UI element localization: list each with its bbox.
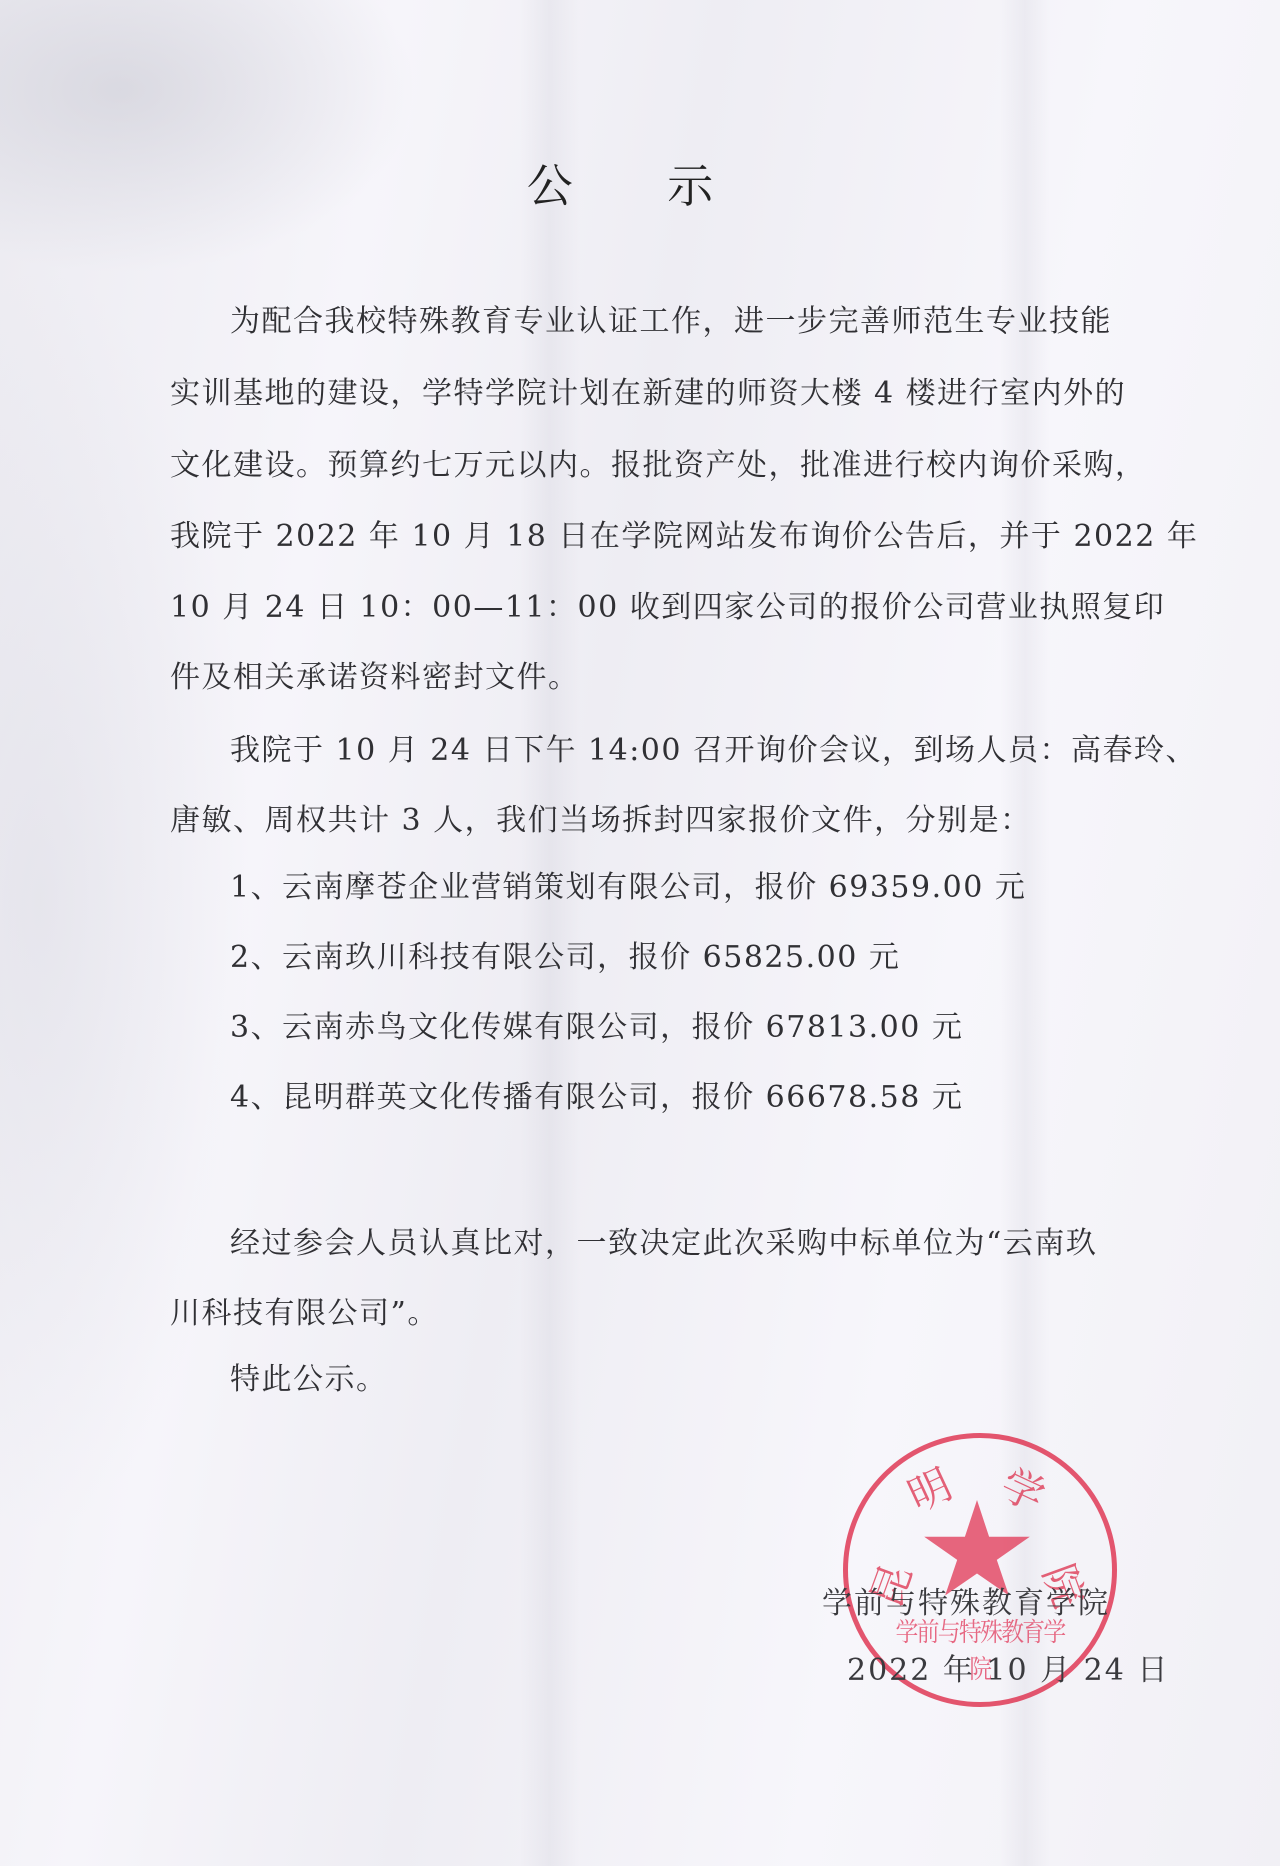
bid-item: 2、云南玖川科技有限公司，报价 65825.00 元	[230, 932, 900, 976]
bid-index: 3、	[230, 1010, 282, 1045]
paragraph1-line: 文化建设。预算约七万元以内。报批资产处，批准进行校内询价采购，	[170, 440, 1147, 484]
paragraph2-line: 我院于 10 月 24 日下午 14:00 召开询价会议，到场人员：高春玲、	[230, 725, 1197, 769]
bid-unit: 元	[921, 1010, 964, 1045]
bid-company: 云南赤鸟文化传媒有限公司	[282, 1010, 660, 1045]
paragraph3-line: 经过参会人员认真比对，一致决定此次采购中标单位为“云南玖	[230, 1218, 1097, 1262]
bid-price: 69359.00	[829, 870, 984, 905]
bid-unit: 元	[921, 1080, 964, 1115]
document-title: 公 示	[0, 150, 1280, 216]
bid-company: 昆明群英文化传播有限公司	[282, 1080, 660, 1115]
paragraph1-line: 为配合我校特殊教育专业认证工作，进一步完善师范生专业技能	[230, 296, 1112, 340]
bid-unit: 元	[858, 940, 901, 975]
bid-company: 云南玖川科技有限公司	[282, 940, 597, 975]
bid-label: ，报价	[723, 870, 829, 905]
paragraph1-line: 件及相关承诺资料密封文件。	[170, 652, 580, 696]
bid-item: 1、云南摩苍企业营销策划有限公司，报价 69359.00 元	[230, 862, 1026, 906]
bid-item: 4、昆明群英文化传播有限公司，报价 66678.58 元	[230, 1072, 963, 1116]
bid-price: 66678.58	[766, 1080, 921, 1115]
bid-label: ，报价	[597, 940, 703, 975]
bid-label: ，报价	[660, 1010, 766, 1045]
paragraph1-line: 实训基地的建设，学特学院计划在新建的师资大楼 4 楼进行室内外的	[170, 368, 1126, 412]
bid-item: 3、云南赤鸟文化传媒有限公司，报价 67813.00 元	[230, 1002, 963, 1046]
bid-company: 云南摩苍企业营销策划有限公司	[282, 870, 723, 905]
bid-index: 2、	[230, 940, 282, 975]
bid-label: ，报价	[660, 1080, 766, 1115]
bid-price: 67813.00	[766, 1010, 921, 1045]
bid-unit: 元	[984, 870, 1027, 905]
signature-date: 2022 年 10 月 24 日	[847, 1645, 1169, 1689]
paragraph2-line: 唐敏、周权共计 3 人，我们当场拆封四家报价文件，分别是：	[170, 795, 1032, 839]
bid-index: 1、	[230, 870, 282, 905]
signature-organization: 学前与特殊教育学院	[822, 1578, 1110, 1622]
bid-index: 4、	[230, 1080, 282, 1115]
paragraph1-line: 10 月 24 日 10：00—11：00 收到四家公司的报价公司营业执照复印	[170, 582, 1165, 626]
bid-price: 65825.00	[703, 940, 858, 975]
closing-text: 特此公示。	[230, 1354, 388, 1398]
paragraph1-line: 我院于 2022 年 10 月 18 日在学院网站发布询价公告后，并于 2022…	[170, 511, 1198, 555]
paragraph3-line: 川科技有限公司”。	[170, 1288, 439, 1332]
